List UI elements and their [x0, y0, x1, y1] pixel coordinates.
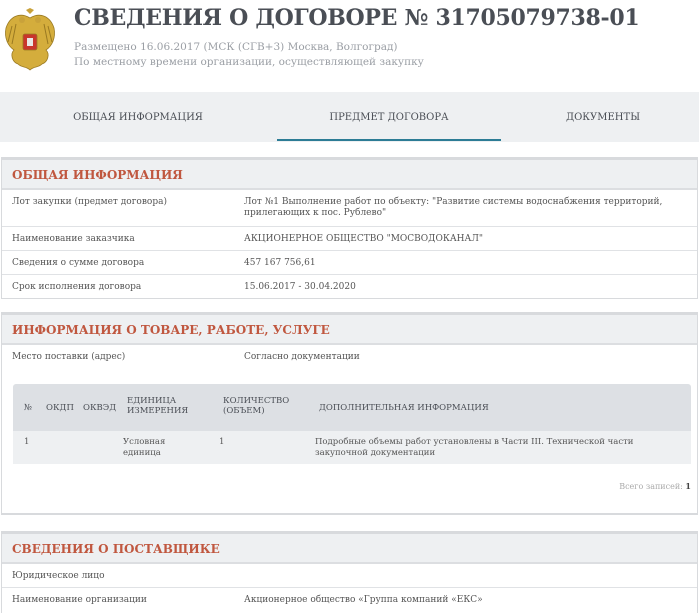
- page-header: СВЕДЕНИЯ О ДОГОВОРЕ № 31705079738-01 Раз…: [0, 0, 699, 92]
- row-label: Юридическое лицо: [2, 564, 234, 587]
- row-value: 457 167 756,61: [234, 251, 697, 274]
- column-header: ДОПОЛНИТЕЛЬНАЯ ИНФОРМАЦИЯ: [319, 403, 489, 413]
- row-label: Наименование заказчика: [2, 227, 234, 250]
- section-title: ИНФОРМАЦИЯ О ТОВАРЕ, РАБОТЕ, УСЛУГЕ: [2, 315, 697, 345]
- tab-contract-subject[interactable]: ПРЕДМЕТ ДОГОВОРА: [277, 92, 501, 142]
- goods-info-panel: ИНФОРМАЦИЯ О ТОВАРЕ, РАБОТЕ, УСЛУГЕ Мест…: [1, 312, 698, 515]
- column-header: КОЛИЧЕСТВО (ОБЪЕМ): [223, 396, 298, 416]
- section-title: СВЕДЕНИЯ О ПОСТАВЩИКЕ: [2, 534, 697, 564]
- row-label: Наименование организации: [2, 588, 234, 612]
- supplier-panel: СВЕДЕНИЯ О ПОСТАВЩИКЕ Юридическое лицо Н…: [1, 531, 698, 613]
- info-row: Наименование организации Акционерное общ…: [2, 588, 697, 612]
- info-row: Сведения о сумме договора 457 167 756,61: [2, 251, 697, 275]
- tab-bar: ОБЩАЯ ИНФОРМАЦИЯ ПРЕДМЕТ ДОГОВОРА ДОКУМЕ…: [0, 92, 699, 142]
- coat-of-arms-icon: [2, 8, 58, 72]
- row-label: Место поставки (адрес): [2, 345, 234, 373]
- cell-unit: Условная единица: [123, 437, 193, 459]
- info-row: Место поставки (адрес) Согласно документ…: [2, 345, 697, 373]
- general-info-panel: ОБЩАЯ ИНФОРМАЦИЯ Лот закупки (предмет до…: [1, 157, 698, 299]
- table-row: 1 Условная единица 1 Подробные объемы ра…: [13, 431, 691, 464]
- cell-info: Подробные объемы работ установлены в Час…: [315, 437, 655, 459]
- row-value: Лот №1 Выполнение работ по объекту: "Раз…: [234, 190, 697, 226]
- row-value: Согласно документации: [234, 345, 697, 373]
- section-title: ОБЩАЯ ИНФОРМАЦИЯ: [2, 160, 697, 190]
- row-label: Лот закупки (предмет договора): [2, 190, 234, 226]
- row-value: АКЦИОНЕРНОЕ ОБЩЕСТВО "МОСВОДОКАНАЛ": [234, 227, 697, 250]
- cell-qty: 1: [219, 437, 224, 448]
- page-title: СВЕДЕНИЯ О ДОГОВОРЕ № 31705079738-01: [74, 5, 639, 31]
- column-header: ЕДИНИЦА ИЗМЕРЕНИЯ: [127, 396, 207, 416]
- row-label: Сведения о сумме договора: [2, 251, 234, 274]
- table-header: № ОКДП ОКВЭД ЕДИНИЦА ИЗМЕРЕНИЯ КОЛИЧЕСТВ…: [13, 384, 691, 431]
- info-row: Лот закупки (предмет договора) Лот №1 Вы…: [2, 190, 697, 227]
- column-header: ОКВЭД: [83, 403, 116, 413]
- column-header: №: [24, 403, 32, 413]
- timezone-note: По местному времени организации, осущест…: [74, 56, 424, 68]
- tab-general-info[interactable]: ОБЩАЯ ИНФОРМАЦИЯ: [38, 92, 238, 142]
- column-header: ОКДП: [46, 403, 74, 413]
- total-records: Всего записей: 1: [619, 481, 691, 491]
- total-label: Всего записей:: [619, 482, 683, 491]
- info-row: Наименование заказчика АКЦИОНЕРНОЕ ОБЩЕС…: [2, 227, 697, 251]
- posted-date: Размещено 16.06.2017 (МСК (СГВ+3) Москва…: [74, 41, 398, 53]
- total-value: 1: [685, 481, 691, 491]
- row-value: Акционерное общество «Группа компаний «Е…: [234, 588, 697, 612]
- row-label: Срок исполнения договора: [2, 275, 234, 299]
- cell-num: 1: [24, 437, 29, 448]
- info-row: Срок исполнения договора 15.06.2017 - 30…: [2, 275, 697, 299]
- row-value: 15.06.2017 - 30.04.2020: [234, 275, 697, 299]
- row-value: [234, 564, 697, 587]
- info-row: Юридическое лицо: [2, 564, 697, 588]
- tab-documents[interactable]: ДОКУМЕНТЫ: [520, 92, 686, 142]
- goods-table: № ОКДП ОКВЭД ЕДИНИЦА ИЗМЕРЕНИЯ КОЛИЧЕСТВ…: [13, 384, 691, 464]
